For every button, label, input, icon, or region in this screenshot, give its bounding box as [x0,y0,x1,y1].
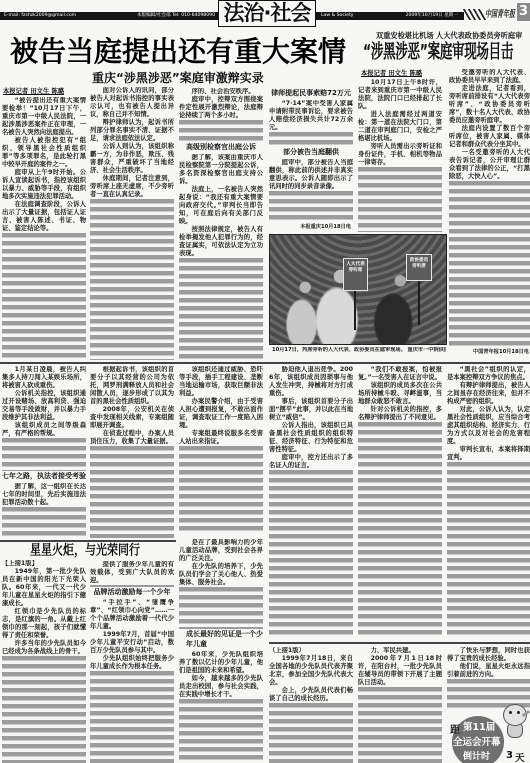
subheading: 高级别检察官出庭公诉 [179,143,263,152]
section-divider [0,362,530,364]
paragraph: 许多当年的少先队员如今已经成为各条战线上的骨干。 [2,640,86,656]
article-column: “7·14”案中受害人家属申请附带民事诉讼，要求被告人赔偿经济损失共计72万余元… [269,100,353,146]
article-column: 是在了最具影响力的少年儿童活动品牌，受到社会各界的广泛关注。 在少先队的培养下，… [179,539,263,629]
paragraph: 10月17日上午8时许，记者来到重庆市第一中级人民法院，法院门口已经排起了长队。 [358,79,442,111]
subheading: 七年之路，执法者接受考验 [2,472,86,481]
article-column: 1月某日凌晨，被告人纠集多人持刀闯入某娱乐场所，将被害人砍成重伤。 公诉机关指控… [2,366,86,471]
paragraph: “被告提出还有重大案情要检举！”10月17日下午，重庆市第一中级人民法院，一起涉… [2,97,86,137]
subheading: 品牌活动激励每一个少年 [90,588,174,597]
paragraph: 该组织的成员多次在公共场所持械斗殴、寻衅滋事，当地群众敢怒不敢言。 [358,382,442,406]
mascot-eye [517,711,520,714]
paragraph: 1999年7月，首届“中国少年儿童平安行动”启动，数百万少先队员参与其中。 [90,631,174,655]
countdown-days-number: 3 [506,750,513,761]
paragraph: 在少先队的培养下，少先队员们学会了关心他人、热爱集体、服务社会。 [179,563,263,587]
page-number: 3 [517,3,530,21]
editor-contact: 本版编辑/社会部 Tel: 010-64098090 [137,12,215,20]
paragraph: 受邀旁听的人大代表、政协委员早早来到了法庭。 [449,69,530,85]
sign-text: 旁听席 [344,268,367,274]
paragraph: 庭审中，控方还出示了多名证人的证言。 [269,454,353,470]
paragraph: 法庭上，一名被告人突然起身说：“我还有重大案情要向政府交代。”审判长当即告知，可… [179,186,263,226]
article-column: 提供了服务少年儿童的有效载体，受到广大队员的欢迎。 [90,561,174,587]
article-column: 该组织还通过威胁、恐吓等手段，插手工程建设、垄断当地运输市场，获取巨额非法利益。… [179,366,263,534]
paragraph: 审判长宣布，本案将择期宣判。 [447,446,530,462]
sign-npc-deputies: 人大代表 旁听席 [343,258,368,291]
article-column: “手拉手”、“雏鹰争章”、“红领巾心向党”……一个个品牌活动激励着一代代少年儿童… [90,599,174,763]
countdown-event: 全运会开幕 [453,734,501,748]
article-column: 根据起诉书，该组织的首要分子以其经营的公司为依托，网罗刑满释放人员和社会闲散人员… [90,366,174,538]
article-column: 据了解，这一组织在长达七年的时间里，先后实施违法犯罪活动数十起。 [2,483,86,538]
main-byline: 本报记者 田文生 陈璐 [3,88,64,96]
paragraph: 法庭内设置了数百个旁听席位，被害人家属、媒体记者和群众代表分坐其中。 [449,125,530,149]
paragraph: 如今，越来越多的少先队员走出校园，参与社会实践，在实践中增长才干。 [179,675,263,699]
paragraph: 针对公诉机关的指控，多名辩护律师提出了不同意见。 [358,406,442,422]
article-column: 庭审中，部分被告人当庭翻供，称此前的供述并非真实意思表示。公诉人随即出示了讯问时… [269,159,353,223]
article-column: 力、军民共建。 2000年7月1日18时许，在阳台村，一批少先队员在辅导员的带领… [358,647,442,763]
paragraph: 专案组最终说服多名受害人站出来指证。 [179,430,263,446]
sign-cppcc-members: 政协委员 旁听席 [406,254,432,281]
subheading: 年儿童 [186,640,207,649]
newspaper-page: E-mail: fzshzk2009@gmail.com 本版编辑/社会部 Te… [0,0,530,763]
paragraph: 力、军民共建。 [358,647,442,655]
paragraph: 该组织成员之间等级森严，有严格的帮规。 [2,422,86,438]
countdown-edition: 第11届 [463,719,495,733]
article-column: “黑社会”组织的认定，是本案控辩双方争议的焦点。 有辩护律师提出，被告人之间虽存… [447,366,530,638]
subheading: 律师提起民事索赔72万元 [269,89,353,98]
paragraph: 事后，该组织首要分子出面“摆平”此事，并以此在当地树立“威信”。 [269,398,353,422]
paragraph: 了快乐与梦想，同时也获得了宝贵的成长经验。 [447,647,530,663]
paragraph: 公诉人指出，该组织已具备黑社会性质组织的组织特征、经济特征、行为特征和危害性特征… [269,422,353,454]
subheading: 部分被告当庭翻供 [269,148,353,157]
paragraph: 进入法庭需经过两道安检：第一道在法院大门口，第二道在审判庭门口，安检之严格堪比机… [358,111,442,143]
sign-pole [354,290,356,330]
paragraph: 面对公诉人的讯问，部分被告人对起诉书指控的事实表示认可，也有被告人提出异议，称自… [90,87,174,119]
sign-text: 旁听席 [407,264,431,270]
side-headline: “涉黑涉恶”案庭审现场目击 [363,41,513,62]
paragraph: 办案民警介绍，由于受害人担心遭到报复，不敢出面作证，调查取证工作一度陷入困境。 [179,398,263,430]
section-english: Law & Society [321,12,354,20]
jump-marker: （上接1版） [269,647,353,655]
paragraph: 旁听人员需出示旁听证和身份证件，手机、相机等物品一律寄存。 [358,143,442,167]
paragraph: 走进法庭，记者看到，旁听席前排设有“人大代表旁听席”、“政协委员旁听席”，数十名… [449,85,530,125]
article-column: 【上接1版】 1949年，第一批少先队员在新中国的阳光下光荣入队。60年来，一代… [2,560,86,763]
paragraph: 被告人被指控犯有“组织、领导黑社会性质组织罪”等多项罪名，是此轮打黑中较早开庭的… [2,137,86,169]
header-band-right: Law & Society 2009年10月19日 星期一 [316,12,464,20]
paragraph: 他们说，星星火炬永远指引着前进的方向。 [447,663,530,679]
paragraph: 是在了最具影响力的少年儿童活动品牌，受到社会各界的广泛关注。 [179,539,263,563]
paragraph: “7·14”案中受害人家属申请附带民事诉讼，要求被告人赔偿经济损失共计72万余元… [269,100,353,132]
article-column: 了快乐与梦想，同时也获得了宝贵的成长经验。 他们说，星星火炬永远指引着前进的方向… [447,647,530,709]
paragraph: 胁迫他人退出竞争。2006年，该组织成员因琐事与他人发生冲突，持械将对方打成重伤… [269,366,353,398]
paragraph: 序的、社会治安秩序。 [179,88,263,96]
paragraph: 有辩护律师提出，被告人之间虽存在经济往来，但并不构成严密的组织。 [447,382,530,406]
mascot-eye [509,711,512,714]
article-column: 胁迫他人退出竞争。2006年，该组织成员因琐事与他人发生冲突，持械将对方打成重伤… [269,366,353,638]
article-column: “被告提出还有重大案情要检举！”10月17日下午，重庆市第一中级人民法院，一起涉… [2,97,86,360]
article-column: “我们不敢报案，怕被报复。”一名受害人在证言中说。 该组织的成员多次在公共场所持… [358,366,442,638]
torch-headline: 星星火炬，与光荣同行 [30,543,140,558]
photo-caption: 10月17日，列席旁听的人大代表、政协委员在庭审现场。 重庆市一中院供图 [272,347,446,354]
paragraph: 1999年7月18日，来自全国各地的少先队员代表齐聚北京，参加全国少先队代表大会… [269,655,353,687]
article-column: （上接1版） 1999年7月18日，来自全国各地的少先队员代表齐聚北京，参加全国… [269,647,353,763]
dateline: 本报重庆10月18日电 [269,224,351,231]
paragraph: 在侦查过程中，办案人员顶住压力，收集了大量证据。 [90,430,174,446]
paragraph: 公诉人则认为，该组织称霸一方，为非作恶，欺压、残害群众，严重破坏了当地经济、社会… [90,143,174,175]
paragraph: 在法庭调查阶段，公诉人出示了大量证据，包括证人证言、被害人陈述、书证、物证、鉴定… [2,201,86,233]
section-title: 法治·社会 [218,0,316,27]
section-divider [269,642,530,644]
paragraph: 根据起诉书，该组织的首要分子以其经营的公司为依托，网罗刑满释放人员和社会闲散人员… [90,366,174,406]
issue-date: 2009年10月19日 星期一 [406,12,458,20]
countdown-days-unit: 天 [515,750,525,763]
article-column: 据了解，该案由重庆市人民检察院第一分院提起公诉，多名资深检察官出庭支持公诉。 法… [179,154,263,360]
paragraph: 该组织还通过威胁、恐吓等手段，插手工程建设、垄断当地运输市场，获取巨额非法利益。 [179,366,263,398]
paragraph: “手拉手”、“雏鹰争章”、“红领巾心向党”……一个个品牌活动激励着一代代少年儿童… [90,599,174,631]
article-column: 序的、社会治安秩序。 庭审中，控辩双方围绕案件定性展开激烈辩论，法庭辩论持续了两… [179,88,263,142]
paragraph: “黑社会”组织的认定，是本案控辩双方争议的焦点。 [447,366,530,382]
countdown-label: 倒计时 [463,749,490,762]
sign-pole [418,281,420,325]
article-column: 60年来，少先队组织培养了数以亿计的少年儿童，他们是祖国的未来和希望。 如今，越… [179,651,263,763]
paragraph: 1949年，第一批少先队员在新中国的阳光下光荣入队。60年来，一代又一代少年儿童… [2,568,86,608]
paragraph: 红领巾是少先队员的标志，是红旗的一角。从戴上红领巾的那一刻起，孩子们就懂得了责任… [2,608,86,640]
paragraph: 提供了服务少年儿童的有效载体，受到广大队员的欢迎。 [90,561,174,585]
side-byline: 本报记者 田文生 陈璐 [361,70,422,78]
paragraph: 2008年，公安机关在侦查中发现相关线索，专案组随即展开调查。 [90,406,174,430]
paragraph: 1月某日凌晨，被告人纠集多人持刀闯入某娱乐场所，将被害人砍成重伤。 [2,366,86,390]
paragraph: 据了解，这一组织在长达七年的时间里，先后实施违法犯罪活动数十起。 [2,483,86,507]
paragraph: 庭审中，控辩双方围绕案件定性展开激烈辩论，法庭辩论持续了两个多小时。 [179,96,263,120]
paragraph: 庭审从上午9时开始。公诉人宣读起诉书，指控该组织以暴力、威胁等手段，有组织地多次… [2,169,86,201]
paragraph: 一名受邀旁听的人大代表告诉记者，公开审理让群众看到了法律的公正，“打黑除恶，大快… [449,149,530,181]
paragraph: 2000年7月1日18时许，在阳台村，一批少先队员在辅导员的带领下开展了主题队日… [358,655,442,687]
main-subheadline: 重庆“涉黑涉恶”案庭审激辩实录 [92,71,264,85]
article-column: 10月17日上午8时许，记者来到重庆市第一中级人民法院，法院门口已经排起了长队。… [358,79,442,232]
article-column: 受邀旁听的人大代表、政协委员早早来到了法庭。 走进法庭，记者看到，旁听席前排设有… [449,69,530,348]
paragraph: 据了解，该案由重庆市人民检察院第一分院提起公诉，多名资深检察官出庭支持公诉。 [179,154,263,186]
paragraph: 会上，少先队员代表们畅谈了自己的成长经历。 [269,687,353,703]
paragraph: 公诉机关指控，该组织通过开设赌场、放高利贷、强迫交易等手段敛财，并以暴力手段维护… [2,390,86,422]
email-address: E-mail: fzshzk2009@gmail.com [4,12,76,20]
paragraph: “我们不敢报案，怕被报复。”一名受害人在证言中说。 [358,366,442,382]
paragraph: 少先队组织始终把服务少年儿童成长作为根本任务。 [90,655,174,671]
paragraph: 按照法律规定，被告人有检举揭发他人犯罪行为的，经查证属实，可依法认定为立功表现。 [179,226,263,258]
paragraph: 庭审中，部分被告人当庭翻供，称此前的供述并非真实意思表示。公诉人随即出示了讯问时… [269,159,353,191]
paragraph: 对此，公诉人认为，认定黑社会性质组织，应当综合考虑其组织结构、经济实力、行为方式… [447,406,530,446]
main-headline: 被告当庭提出还有重大案情 [10,36,346,68]
article-column: 面对公诉人的讯问，部分被告人对起诉书指控的事实表示认可，也有被告人提出异议，称自… [90,87,174,360]
masthead-logo: 中国青年报 [485,6,515,20]
dateline: 中国青年报10月18日电 [449,349,529,356]
jump-marker: 【上接1版】 [2,560,86,568]
paragraph: 60年来，少先队组织培养了数以亿计的少年儿童，他们是祖国的未来和希望。 [179,651,263,675]
paragraph: 辩护律师认为，起诉书所列部分罪名事实不清、证据不足，请求法庭依法认定。 [90,119,174,143]
header-band-left: E-mail: fzshzk2009@gmail.com 本版编辑/社会部 Te… [0,12,219,20]
paragraph: 休庭期间，记者注意到，旁听席上座无虚席，不少旁听者一直在认真记录。 [90,175,174,199]
subheading: 成长最好的见证是一个少 [186,630,263,639]
